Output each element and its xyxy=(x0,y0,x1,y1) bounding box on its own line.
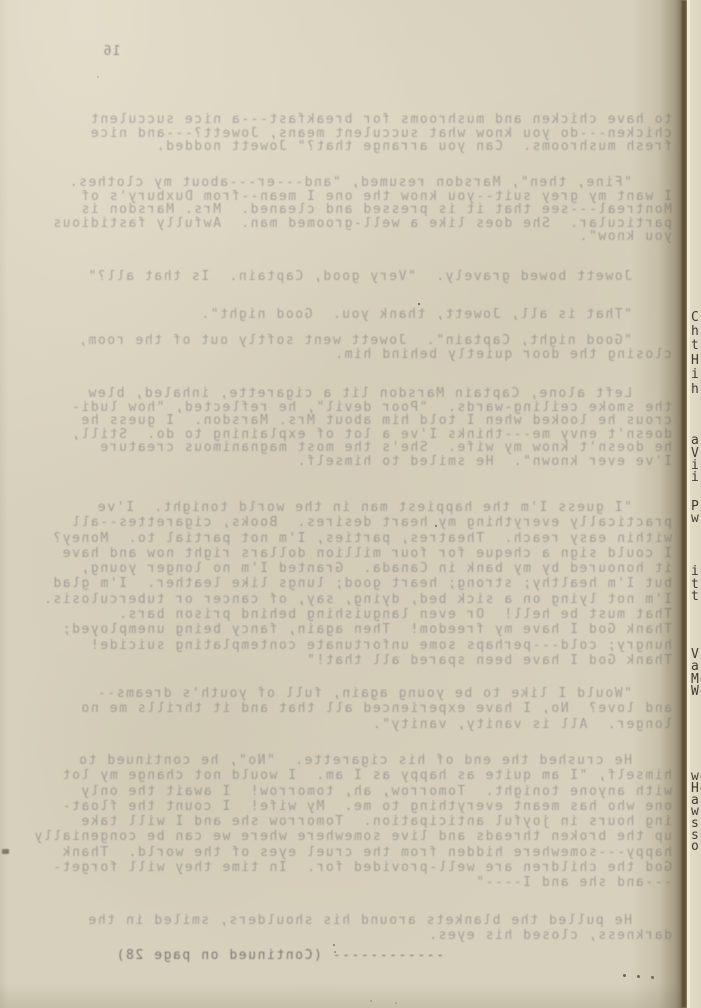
showthrough-paragraph: ------------ (Continued on page 28) xyxy=(30,948,672,963)
showthrough-paragraph: "I guess I'm the happiest man in the wor… xyxy=(30,500,672,668)
gutter-shade xyxy=(630,0,682,1008)
facing-line-fragment: C xyxy=(691,312,700,324)
facing-line-fragment: th xyxy=(691,591,701,603)
facing-line-fragment: h xyxy=(691,384,700,396)
facing-line-fragment: w xyxy=(691,513,700,525)
facing-line-fragment: H xyxy=(691,355,700,367)
facing-line-fragment: We xyxy=(691,686,701,698)
facing-line-fragment: i xyxy=(691,472,700,484)
page-number: 16 xyxy=(102,44,121,59)
paper-specks xyxy=(0,0,2,2)
showthrough-text: 16 to have chicken and mushrooms for bre… xyxy=(30,0,672,1008)
showthrough-paragraph: "Good night, Captain". Jowett went softl… xyxy=(30,334,672,361)
facing-line-fragment: t xyxy=(691,340,700,352)
showthrough-paragraph: to have chicken and mushrooms for breakf… xyxy=(30,113,672,154)
edge-mark xyxy=(2,849,9,854)
facing-line-fragment: i xyxy=(691,369,700,381)
showthrough-paragraph: Jowett bowed gravely. "Very good, Captai… xyxy=(30,270,672,284)
showthrough-paragraph: He pulled the blankets around his should… xyxy=(30,913,672,944)
showthrough-paragraph: "Would I like to be young again, full of… xyxy=(30,686,672,732)
showthrough-paragraph: "Fine, then", Marsdon resumed, "and---er… xyxy=(30,176,672,244)
showthrough-paragraph: Left alone, Captain Marsdon lit a cigare… xyxy=(30,387,672,468)
ink-dots xyxy=(623,974,626,977)
showthrough-paragraph: He crushed the end of his cigarette. "No… xyxy=(30,753,672,891)
showthrough-paragraph: "That is all, Jowett, thank you. Good ni… xyxy=(30,308,672,322)
facing-line-fragment: h xyxy=(691,326,700,338)
facing-page-sliver: ChtHihaViiPwiththVaMeWeweHearwisisooc xyxy=(690,0,701,1008)
scanned-page: 16 to have chicken and mushrooms for bre… xyxy=(0,0,701,1008)
facing-line-fragment: oc xyxy=(691,841,701,853)
